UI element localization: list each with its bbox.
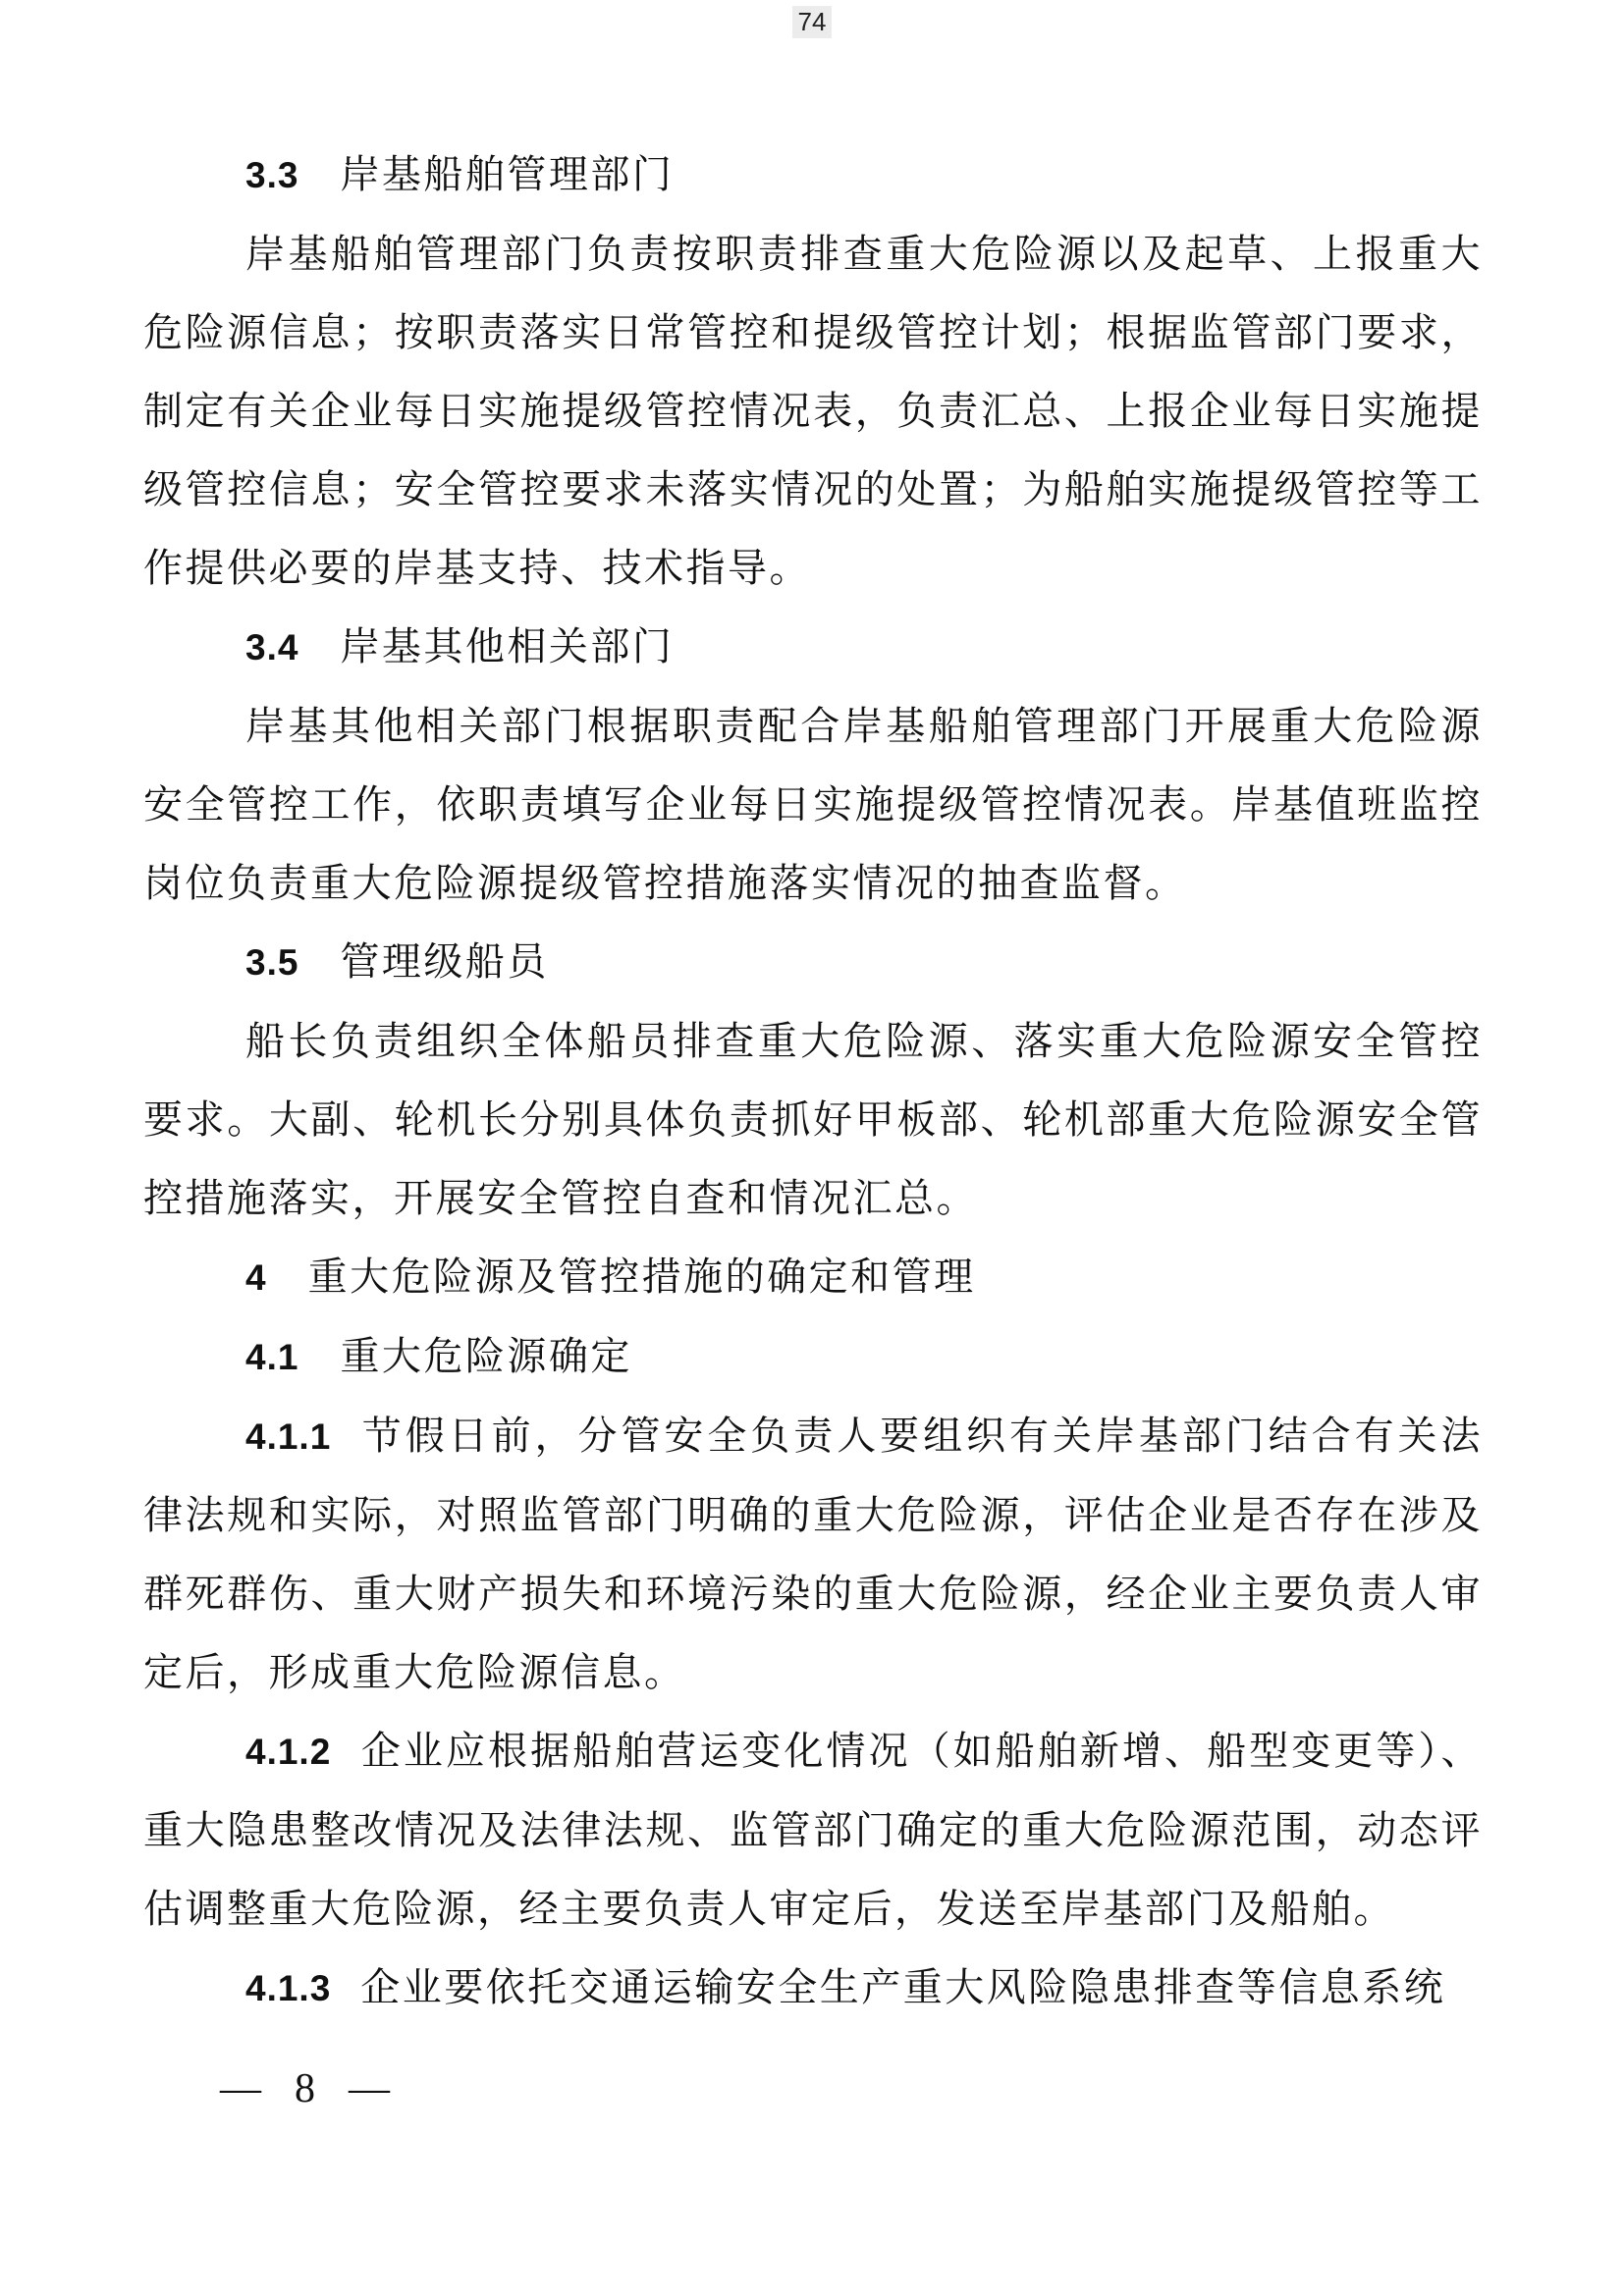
clause-number: 4.1.1	[245, 1416, 331, 1457]
clause-paragraph-4.1.3: 4.1.3企业要依托交通运输安全生产重大风险隐患排查等信息系统	[143, 1949, 1483, 2028]
header-page-number-value: 74	[792, 6, 833, 38]
section-heading-4.1: 4.1重大危险源确定	[143, 1317, 1483, 1397]
footer-page-number-value: 8	[295, 2059, 315, 2118]
section-number: 3.4	[245, 627, 298, 667]
section-heading-3.4: 3.4岸基其他相关部门	[143, 608, 1483, 687]
section-number: 3.5	[245, 942, 298, 983]
paragraph-text: 船长负责组织全体船员排查重大危险源、落实重大危险源安全管控要求。大副、轮机长分别…	[143, 1019, 1483, 1220]
section-title: 岸基其他相关部门	[340, 624, 674, 668]
section-number: 3.3	[245, 155, 298, 195]
clause-paragraph-4.1.1: 4.1.1节假日前，分管安全负责人要组织有关岸基部门结合有关法律法规和实际，对照…	[143, 1397, 1483, 1712]
paragraph-text: 岸基船舶管理部门负责按职责排查重大危险源以及起草、上报重大危险源信息；按职责落实…	[143, 232, 1483, 590]
section-title: 管理级船员	[340, 939, 549, 984]
footer-right-dash: —	[349, 2059, 390, 2118]
section-heading-4: 4重大危险源及管控措施的确定和管理	[143, 1238, 1483, 1317]
document-body: 3.3岸基船舶管理部门岸基船舶管理部门负责按职责排查重大危险源以及起草、上报重大…	[143, 135, 1483, 2028]
footer-left-dash: —	[220, 2059, 261, 2118]
paragraph-text: 岸基其他相关部门根据职责配合岸基船舶管理部门开展重大危险源安全管控工作，依职责填…	[143, 704, 1483, 905]
body-paragraph-1: 岸基船舶管理部门负责按职责排查重大危险源以及起草、上报重大危险源信息；按职责落实…	[143, 215, 1483, 608]
section-number: 4	[245, 1257, 267, 1298]
section-heading-3.5: 3.5管理级船员	[143, 923, 1483, 1002]
section-title: 重大危险源确定	[340, 1334, 632, 1378]
clause-number: 4.1.3	[245, 1968, 331, 2008]
section-title: 重大危险源及管控措施的确定和管理	[308, 1255, 976, 1299]
footer-page-number: — 8 —	[220, 2059, 390, 2118]
clause-paragraph-4.1.2: 4.1.2企业应根据船舶营运变化情况（如船舶新增、船型变更等）、重大隐患整改情况…	[143, 1712, 1483, 1949]
clause-text: 企业要依托交通运输安全生产重大风险隐患排查等信息系统	[360, 1965, 1445, 2009]
clause-text: 企业应根据船舶营运变化情况（如船舶新增、船型变更等）、重大隐患整改情况及法律法规…	[143, 1729, 1483, 1931]
clause-number: 4.1.2	[245, 1732, 331, 1772]
body-paragraph-5: 船长负责组织全体船员排查重大危险源、落实重大危险源安全管控要求。大副、轮机长分别…	[143, 1002, 1483, 1238]
section-title: 岸基船舶管理部门	[340, 152, 674, 196]
section-heading-3.3: 3.3岸基船舶管理部门	[143, 135, 1483, 215]
body-paragraph-3: 岸基其他相关部门根据职责配合岸基船舶管理部门开展重大危险源安全管控工作，依职责填…	[143, 687, 1483, 923]
section-number: 4.1	[245, 1337, 298, 1377]
header-page-number: 74	[0, 6, 1624, 38]
clause-text: 节假日前，分管安全负责人要组织有关岸基部门结合有关法律法规和实际，对照监管部门明…	[143, 1414, 1483, 1694]
